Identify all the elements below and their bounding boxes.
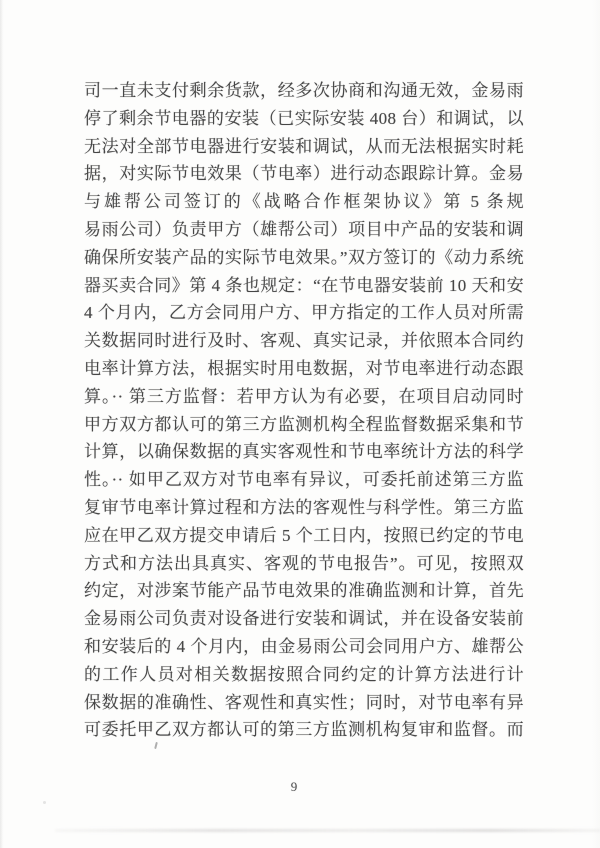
text-line: 确保所安装产品的实际节电效果。”双方签订的《动力系统节电 bbox=[84, 244, 524, 272]
scan-artifact-mark bbox=[154, 742, 158, 749]
text-line: 电率计算方法，根据实时用电数据，对节电率进行动态跟踪计 bbox=[84, 355, 524, 383]
text-line: 无法对全部节电器进行安装和调试，从而无法根据实时耗电数 bbox=[84, 133, 524, 161]
text-line: 和安装后的 4 个月内，由金易雨公司会同用户方、雄帮公司指定 bbox=[84, 633, 524, 661]
text-line: 器买卖合同》第 4 条也规定：“在节电器安装前 10 天和安装后的 bbox=[84, 272, 524, 300]
text-line: 4 个月内，乙方会同用户方、甲方指定的工作人员对所需用电相 bbox=[84, 299, 524, 327]
text-line: 方式和方法出具真实、客观的节电报告”。可见，按照双方合同 bbox=[84, 550, 524, 578]
text-line: 性。·· 如甲乙双方对节电率有异议，可委托前述第三方监测机构 bbox=[84, 466, 524, 494]
text-line: 易雨公司）负责甲方（雄帮公司）项目中产品的安装和调试，并 bbox=[84, 216, 524, 244]
text-line: 可委托甲乙双方都认可的第三方监测机构复审和监督。而本案中 bbox=[84, 716, 524, 744]
text-line: 保数据的准确性、客观性和真实性；同时，对节电率有异议的， bbox=[84, 689, 524, 717]
page-number: 9 bbox=[0, 779, 588, 795]
text-line: 计算，以确保数据的真实客观性和节电率统计方法的科学权威 bbox=[84, 438, 524, 466]
text-line: 据，对实际节电效果（节电率）进行动态跟踪计算。金易雨公司 bbox=[84, 160, 524, 188]
text-line: 甲方双方都认可的第三方监测机构全程监督数据采集和节电率 bbox=[84, 411, 524, 439]
text-line: 的工作人员对相关数据按照合同约定的计算方法进行计算，以确 bbox=[84, 661, 524, 689]
text-line: 关数据同时进行及时、客观、真实记录，并依照本合同约定的节 bbox=[84, 327, 524, 355]
text-line: 司一直未支付剩余货款，经多次协商和沟通无效，金易雨公司暂 bbox=[84, 77, 524, 105]
text-line: 停了剩余节电器的安装（已实际安装 408 台）和调试，以致最后 bbox=[84, 105, 524, 133]
text-line: 应在甲乙双方提交申请后 5 个工日内，按照已约定的节电率计算 bbox=[84, 522, 524, 550]
scan-edge-left bbox=[0, 0, 3, 848]
body-text: 司一直未支付剩余货款，经多次协商和沟通无效，金易雨公司暂 停了剩余节电器的安装（… bbox=[84, 77, 524, 744]
text-line: 与雄帮公司签订的《战略合作框架协议》第 5 条规定：“乙方（金 bbox=[84, 188, 524, 216]
text-line: 金易雨公司负责对设备进行安装和调试，并在设备安装前 10 天 bbox=[84, 605, 524, 633]
document-page: 司一直未支付剩余货款，经多次协商和沟通无效，金易雨公司暂 停了剩余节电器的安装（… bbox=[0, 0, 600, 848]
text-line: 复审节电率计算过程和方法的客观性与科学性。第三方监测机构 bbox=[84, 494, 524, 522]
text-line: 约定，对涉案节能产品节电效果的准确监测和计算，首先应是由 bbox=[84, 577, 524, 605]
text-line: 算。·· 第三方监督：若甲方认为有必要，在项目启动同时可委托 bbox=[84, 383, 524, 411]
scan-artifact-speck bbox=[43, 801, 46, 804]
scan-shadow-bottom bbox=[55, 829, 600, 832]
